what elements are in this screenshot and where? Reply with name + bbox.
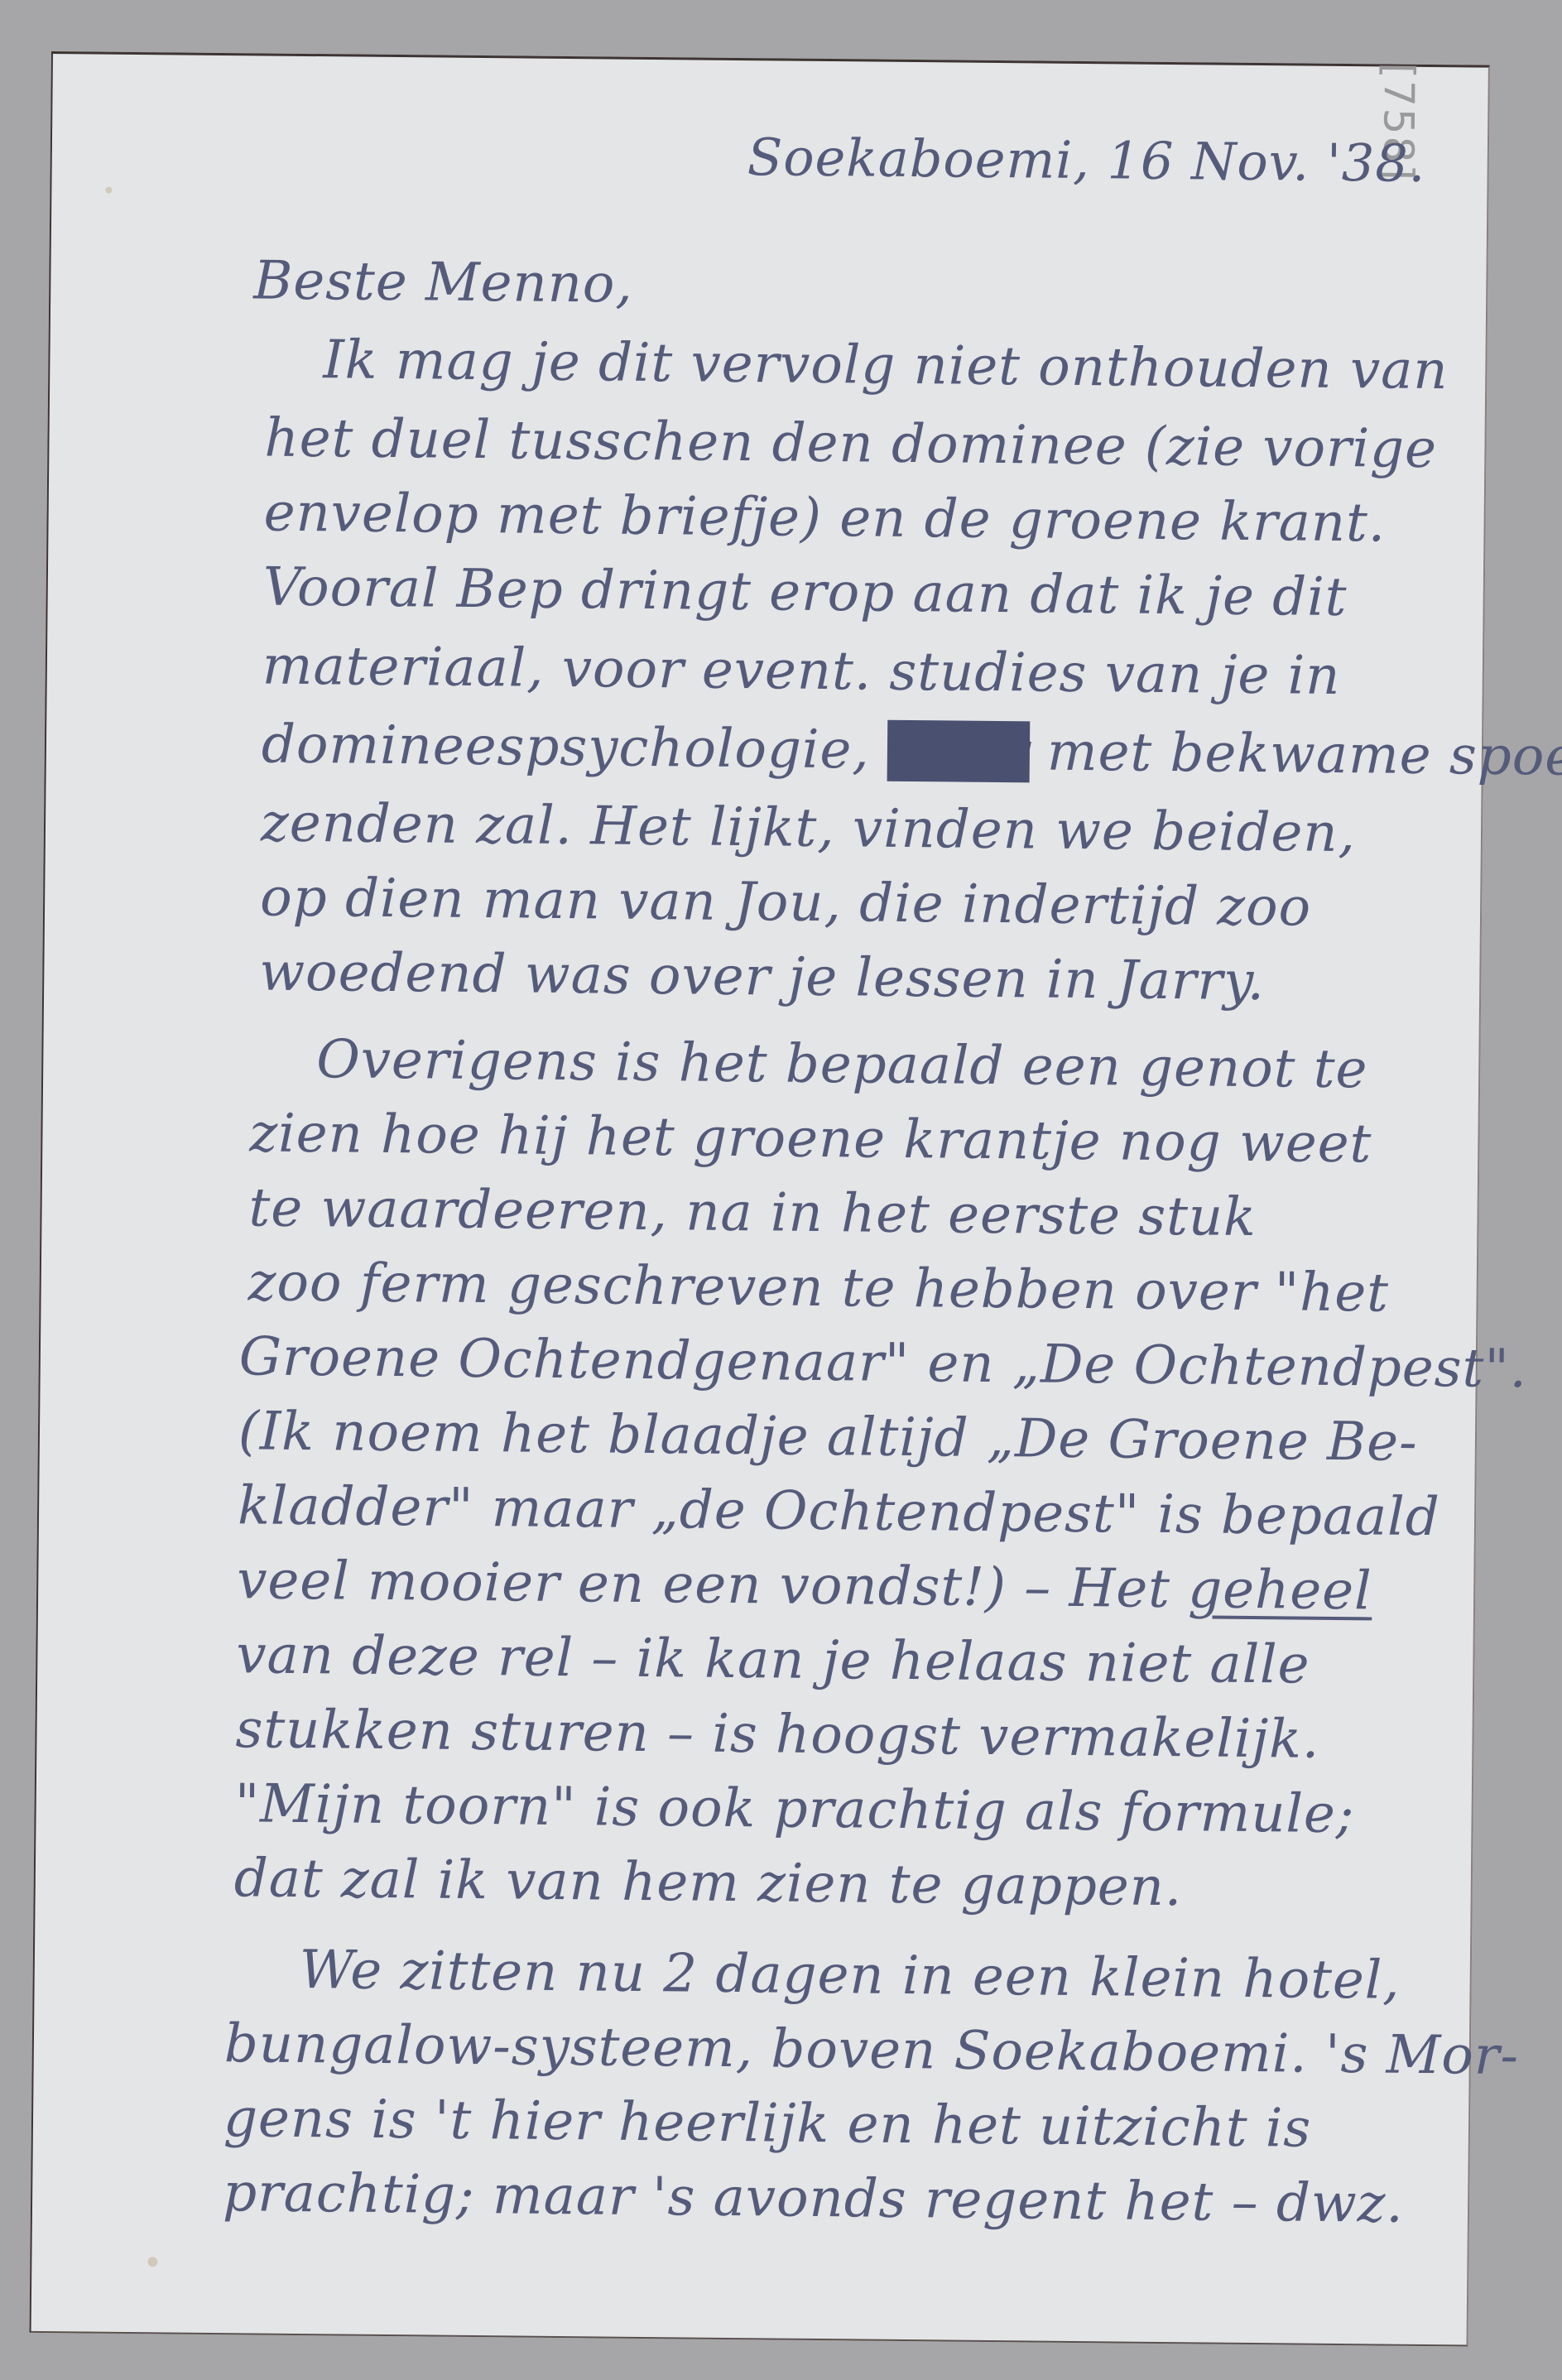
place-date: Soekaboemi, 16 Nov. '38. xyxy=(747,127,1425,194)
letter-line: envelop met briefje) en de groene krant. xyxy=(263,482,1386,554)
letter-line: woedend was over je lessen in Jarry. xyxy=(259,941,1265,1012)
letter-line: materiaal, voor event. studies van je in xyxy=(262,635,1341,707)
underlined-word: geheel xyxy=(1188,1559,1372,1622)
letter-line: stukken sturen – is hoogst vermakelijk. xyxy=(235,1699,1319,1771)
paper-stain xyxy=(105,187,112,194)
letter-line: prachtig; maar 's avonds regent het – dw… xyxy=(223,2162,1404,2235)
salutation: Beste Menno, xyxy=(253,250,633,315)
letter-line: gens is 't hier heerlijk en het uitzicht… xyxy=(223,2088,1312,2160)
letter-line: zenden zal. Het lijkt, vinden we beiden, xyxy=(261,792,1357,864)
letter-line: op dien man van Jou, die indertijd zoo xyxy=(260,867,1312,938)
letter-line: Ik mag je dit vervolg niet onthouden van xyxy=(323,329,1449,401)
letter-line: Vooral Bep dringt erop aan dat ik je dit xyxy=(262,556,1347,628)
letter-line: zien hoe hij het groene krantje nog weet xyxy=(249,1103,1372,1175)
letter-line: (Ik noem het blaadje altijd „De Groene B… xyxy=(238,1401,1418,1474)
letter-line: het duel tusschen den dominee (zie vorig… xyxy=(264,407,1437,480)
paper-stain xyxy=(147,2257,157,2267)
letter-line: veel mooier en een vondst!) – Het geheel xyxy=(237,1550,1372,1622)
struck-out-word: maar xyxy=(887,720,1030,783)
letter-sheet: [758] Soekaboemi, 16 Nov. '38. Beste Men… xyxy=(30,51,1490,2347)
letter-line: te waardeeren, na in het eerste stuk xyxy=(248,1177,1257,1248)
letter-line: "Mijn toorn" is ook prachtig als formule… xyxy=(234,1773,1354,1845)
letter-line: bungalow-systeem, boven Soekaboemi. 's M… xyxy=(224,2013,1520,2087)
letter-text: veel mooier en een vondst!) – Het xyxy=(237,1550,1170,1620)
letter-text: met bekwame spoed xyxy=(1047,722,1562,789)
letter-line: Groene Ochtendgenaar" en „De Ochtendpest… xyxy=(239,1326,1528,1400)
letter-line: van deze rel – ik kan je helaas niet all… xyxy=(236,1624,1310,1695)
letter-line: We zitten nu 2 dagen in een klein hotel, xyxy=(299,1940,1401,2012)
letter-line: zoo ferm geschreven te hebben over "het xyxy=(248,1252,1389,1324)
letter-text: domineespsychologie, xyxy=(262,714,870,781)
letter-line: kladder" maar „de Ochtendpest" is bepaal… xyxy=(238,1475,1440,1548)
letter-line: Overigens is het bepaald een genot te xyxy=(316,1029,1368,1100)
letter-line: dat zal ik van hem zien te gappen. xyxy=(233,1848,1182,1918)
letter-line: domineespsychologie, maar met bekwame sp… xyxy=(262,714,1562,788)
